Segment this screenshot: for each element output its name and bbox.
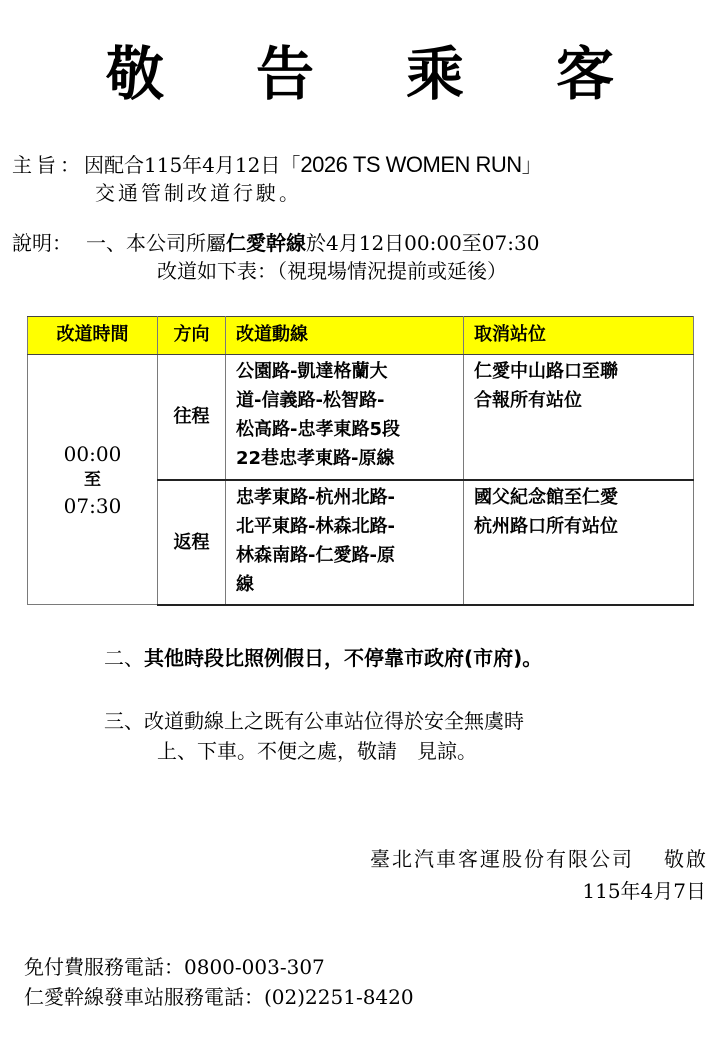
item1-number: 一、 bbox=[86, 231, 126, 255]
contact-number: 0800-003-307 bbox=[184, 955, 325, 979]
item3-text: 改道動線上之既有公車站位得於安全無虞時 bbox=[144, 709, 524, 733]
subject-text-prefix: 因配合115年4月12日「 bbox=[84, 153, 300, 177]
explanation-item-3-line-1: 三、改道動線上之既有公車站位得於安全無虞時 bbox=[104, 708, 524, 734]
table-header-row: 改道時間 方向 改道動線 取消站位 bbox=[28, 317, 694, 355]
event-name: 2026 TS WOMEN RUN bbox=[300, 152, 521, 177]
contact-station: 仁愛幹線發車站服務電話：(02)2251-8420 bbox=[24, 984, 414, 1010]
route-outbound: 公園路-凱達格蘭大 道-信義路-松智路- 松高路-忠孝東路5段 22巷忠孝東路-… bbox=[226, 355, 464, 480]
item2-number: 二、 bbox=[104, 646, 144, 670]
item3-number: 三、 bbox=[104, 709, 144, 733]
title-char: 敬 bbox=[60, 34, 210, 114]
notice-title: 敬 告 乘 客 bbox=[60, 34, 660, 114]
header-detour-route: 改道動線 bbox=[226, 317, 464, 355]
item1-text-before: 本公司所屬 bbox=[126, 231, 226, 255]
subject-line-1: 主旨：因配合115年4月12日「2026 TS WOMEN RUN」 bbox=[12, 152, 542, 178]
route-line: 北平東路-林森北路- bbox=[236, 512, 453, 541]
route-line: 林森南路-仁愛路-原 bbox=[236, 541, 453, 570]
header-cancelled-stops: 取消站位 bbox=[464, 317, 694, 355]
route-line: 線 bbox=[236, 570, 453, 599]
time-end: 07:30 bbox=[28, 493, 157, 519]
closing: 敬啟 bbox=[664, 847, 708, 871]
explanation-line-2: 改道如下表：（視現場情況提前或延後） bbox=[157, 258, 507, 284]
signature-date: 115年4月7日 bbox=[582, 878, 706, 904]
title-char: 告 bbox=[210, 34, 360, 114]
route-line: 忠孝東路-杭州北路- bbox=[236, 483, 453, 512]
item1-text-after: 於4月12日00:00至07:30 bbox=[306, 231, 539, 255]
route-line: 22巷忠孝東路-原線 bbox=[236, 444, 453, 473]
direction-outbound: 往程 bbox=[158, 355, 226, 480]
subject-line-2: 交通管制改道行駛。 bbox=[95, 180, 302, 206]
cancelled-line: 國父紀念館至仁愛 bbox=[474, 483, 683, 512]
cancelled-line: 合報所有站位 bbox=[474, 386, 683, 415]
route-return: 忠孝東路-杭州北路- 北平東路-林森北路- 林森南路-仁愛路-原 線 bbox=[226, 480, 464, 605]
route-name: 仁愛幹線 bbox=[226, 231, 306, 255]
contact-label: 仁愛幹線發車站服務電話： bbox=[24, 985, 264, 1009]
route-line: 松高路-忠孝東路5段 bbox=[236, 415, 453, 444]
table-row: 00:00 至 07:30 往程 公園路-凱達格蘭大 道-信義路-松智路- 松高… bbox=[28, 355, 694, 480]
title-char: 客 bbox=[510, 34, 660, 114]
company-name: 臺北汽車客運股份有限公司 bbox=[370, 847, 634, 871]
title-char: 乘 bbox=[360, 34, 510, 114]
contact-label: 免付費服務電話： bbox=[24, 955, 184, 979]
signature-line: 臺北汽車客運股份有限公司敬啟 bbox=[370, 846, 708, 872]
direction-return: 返程 bbox=[158, 480, 226, 605]
cancelled-return: 國父紀念館至仁愛 杭州路口所有站位 bbox=[464, 480, 694, 605]
cancelled-line: 杭州路口所有站位 bbox=[474, 512, 683, 541]
header-direction: 方向 bbox=[158, 317, 226, 355]
explanation-item-2: 二、其他時段比照例假日，不停靠市政府(市府)。 bbox=[104, 645, 542, 671]
explanation-line-1: 說明：一、本公司所屬仁愛幹線於4月12日00:00至07:30 bbox=[12, 230, 539, 256]
time-separator: 至 bbox=[28, 467, 157, 493]
subject-label: 主旨： bbox=[12, 153, 84, 177]
cancelled-outbound: 仁愛中山路口至聯 合報所有站位 bbox=[464, 355, 694, 480]
item2-text: 其他時段比照例假日，不停靠市政府(市府)。 bbox=[144, 646, 542, 670]
explanation-label: 說明： bbox=[12, 231, 72, 255]
route-line: 公園路-凱達格蘭大 bbox=[236, 357, 453, 386]
contact-number: (02)2251-8420 bbox=[264, 985, 414, 1009]
time-start: 00:00 bbox=[28, 441, 157, 467]
cancelled-line: 仁愛中山路口至聯 bbox=[474, 357, 683, 386]
route-line: 道-信義路-松智路- bbox=[236, 386, 453, 415]
subject-text-suffix: 」 bbox=[522, 153, 542, 177]
detour-table: 改道時間 方向 改道動線 取消站位 00:00 至 07:30 往程 公園路-凱… bbox=[27, 316, 694, 606]
detour-time-cell: 00:00 至 07:30 bbox=[28, 355, 158, 605]
explanation-item-3-line-2: 上、下車。不便之處，敬請 見諒。 bbox=[157, 738, 477, 764]
header-detour-time: 改道時間 bbox=[28, 317, 158, 355]
contact-tollfree: 免付費服務電話：0800-003-307 bbox=[24, 954, 325, 980]
